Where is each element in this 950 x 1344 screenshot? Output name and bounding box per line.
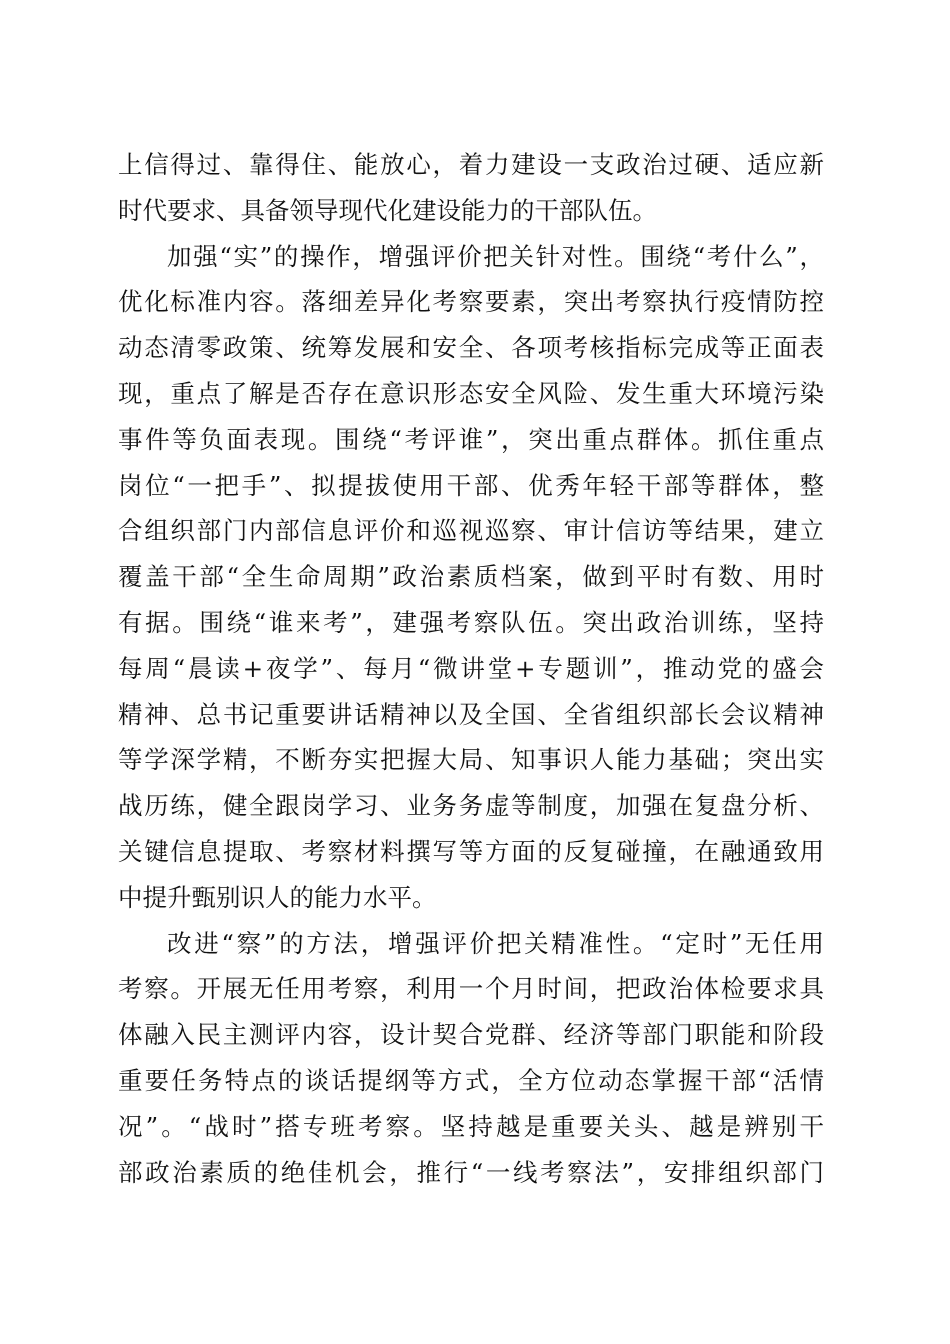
- text-line: 每周“晨读+夜学”、每月“微讲堂+专题训”，推动党的盛会: [118, 646, 824, 692]
- text-line: 改进“察”的方法，增强评价把关精准性。“定时”无任用: [118, 921, 824, 967]
- text-line: 部政治素质的绝佳机会，推行“一线考察法”，安排组织部门: [118, 1150, 824, 1196]
- text-line: 优化标准内容。落细差异化考察要素，突出考察执行疫情防控: [118, 279, 824, 325]
- text-line: 体融入民主测评内容，设计契合党群、经济等部门职能和阶段: [118, 1012, 824, 1058]
- paragraph-1: 上信得过、靠得住、能放心，着力建设一支政治过硬、适应新 时代要求、具备领导现代化…: [118, 142, 824, 234]
- paragraph-3: 改进“察”的方法，增强评价把关精准性。“定时”无任用 考察。开展无任用考察，利用…: [118, 921, 824, 1196]
- text-line: 上信得过、靠得住、能放心，着力建设一支政治过硬、适应新: [118, 142, 824, 188]
- text-line: 等学深学精，不断夯实把握大局、知事识人能力基础；突出实: [118, 737, 824, 783]
- document-page: 上信得过、靠得住、能放心，着力建设一支政治过硬、适应新 时代要求、具备领导现代化…: [118, 142, 824, 1195]
- text-line: 时代要求、具备领导现代化建设能力的干部队伍。: [118, 188, 824, 234]
- text-line: 覆盖干部“全生命周期”政治素质档案，做到平时有数、用时: [118, 554, 824, 600]
- text-line: 考察。开展无任用考察，利用一个月时间，把政治体检要求具: [118, 966, 824, 1012]
- text-line: 事件等负面表现。围绕“考评谁”，突出重点群体。抓住重点: [118, 417, 824, 463]
- text-line: 中提升甄别识人的能力水平。: [118, 875, 824, 921]
- text-line: 动态清零政策、统筹发展和安全、各项考核指标完成等正面表: [118, 325, 824, 371]
- text-line: 岗位“一把手”、拟提拔使用干部、优秀年轻干部等群体，整: [118, 463, 824, 509]
- text-line: 合组织部门内部信息评价和巡视巡察、审计信访等结果，建立: [118, 508, 824, 554]
- text-line: 加强“实”的操作，增强评价把关针对性。围绕“考什么”，: [118, 234, 824, 280]
- text-line: 关键信息提取、考察材料撰写等方面的反复碰撞，在融通致用: [118, 829, 824, 875]
- text-line: 有据。围绕“谁来考”，建强考察队伍。突出政治训练，坚持: [118, 600, 824, 646]
- text-line: 战历练，健全跟岗学习、业务务虚等制度，加强在复盘分析、: [118, 783, 824, 829]
- text-line: 现，重点了解是否存在意识形态安全风险、发生重大环境污染: [118, 371, 824, 417]
- paragraph-2: 加强“实”的操作，增强评价把关针对性。围绕“考什么”， 优化标准内容。落细差异化…: [118, 234, 824, 921]
- text-line: 重要任务特点的谈话提纲等方式，全方位动态掌握干部“活情: [118, 1058, 824, 1104]
- text-line: 况”。“战时”搭专班考察。坚持越是重要关头、越是辨别干: [118, 1104, 824, 1150]
- text-line: 精神、总书记重要讲话精神以及全国、全省组织部长会议精神: [118, 692, 824, 738]
